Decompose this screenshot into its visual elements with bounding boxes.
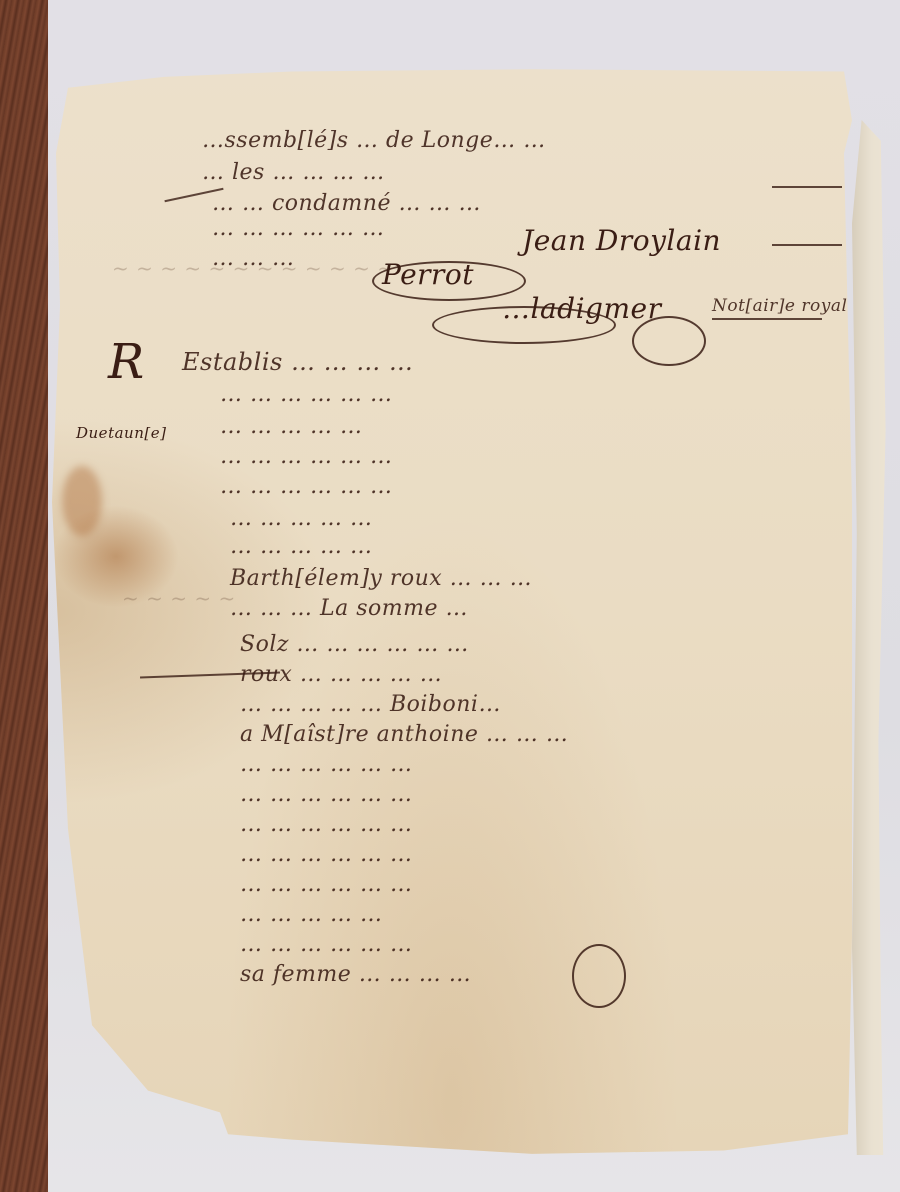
- body-line-15: … … … … … …: [240, 782, 412, 807]
- top-line-5: … … …: [212, 246, 295, 271]
- body-line-5: … … … … … …: [220, 474, 392, 499]
- body-line-8: Barth[élem]y roux … … …: [230, 566, 532, 591]
- top-line-1: …ssemb[lé]s … de Longe… …: [202, 128, 546, 153]
- body-line-11: roux … … … … …: [240, 662, 442, 687]
- text-flourish: [572, 944, 626, 1008]
- body-line-18: … … … … … …: [240, 872, 412, 897]
- body-line-6: … … … … …: [230, 506, 372, 531]
- line-filler: [772, 244, 842, 246]
- body-line-13: a M[aîst]re anthoine … … …: [240, 722, 568, 747]
- body-line-17: … … … … … …: [240, 842, 412, 867]
- body-line-12: … … … … … Boiboni…: [240, 692, 501, 717]
- body-line-4: … … … … … …: [220, 444, 392, 469]
- signature-droylain: Jean Droylain: [522, 224, 721, 257]
- pen-stroke: [712, 318, 822, 320]
- manuscript-page: ~ ~ ~ ~ ~ ~ ~ ~ ~ ~ ~ ~ ~ ~ ~ ~ ~ …ssemb…: [52, 66, 852, 1156]
- margin-initial: R: [108, 334, 145, 390]
- top-line-3: … … condamné … … …: [212, 191, 481, 216]
- top-line-2: … les … … … …: [202, 160, 385, 185]
- top-line-4: … … … … … …: [212, 216, 384, 241]
- body-line-10: Solz … … … … … …: [240, 632, 469, 657]
- body-line-19: … … … … …: [240, 902, 382, 927]
- wooden-edge: [0, 0, 48, 1192]
- signature-flourish: [632, 316, 706, 366]
- water-stain: [62, 466, 102, 536]
- body-line-2: … … … … … …: [220, 382, 392, 407]
- show-through-text: ~ ~ ~ ~ ~: [122, 586, 236, 610]
- body-line-14: … … … … … …: [240, 752, 412, 777]
- margin-note: Duetaun[e]: [76, 424, 166, 442]
- body-line-21: sa femme … … … …: [240, 962, 471, 987]
- notary-royal-label: Not[air]e royal: [712, 296, 847, 316]
- signature-flourish: [432, 306, 616, 344]
- body-line-16: … … … … … …: [240, 812, 412, 837]
- line-filler: [772, 186, 842, 188]
- body-line-20: … … … … … …: [240, 932, 412, 957]
- body-line-7: … … … … …: [230, 534, 372, 559]
- body-line-9: … … … La somme …: [230, 596, 468, 621]
- body-line-1: Establis … … … …: [182, 348, 413, 376]
- body-line-3: … … … … …: [220, 414, 362, 439]
